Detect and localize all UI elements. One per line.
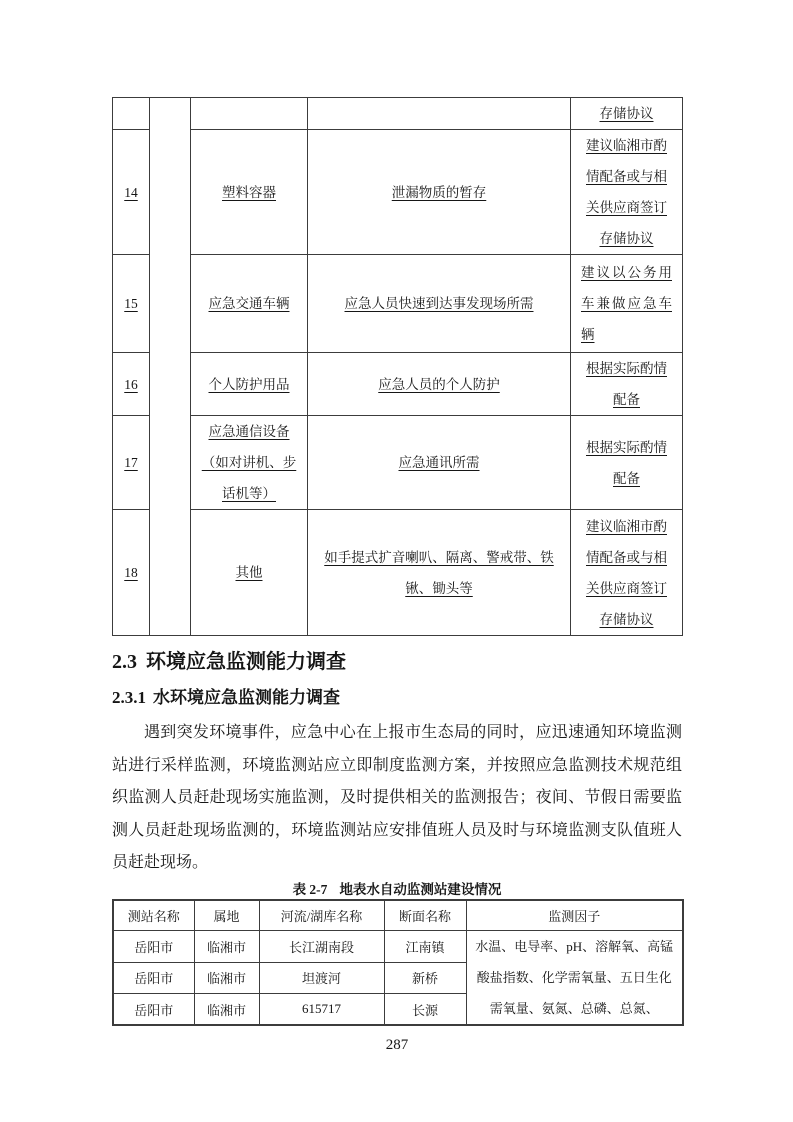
equipment-no-cell: 18 bbox=[113, 510, 150, 636]
station-header-cell: 河流/湖库名称 bbox=[259, 900, 384, 931]
equipment-table: 存储协议 14 塑料容器 泄漏物质的暂存 建议临湘市酌情配备或与相关供应商签订存… bbox=[112, 97, 683, 636]
equipment-row-continued: 存储协议 bbox=[113, 98, 683, 130]
station-table: 测站名称 属地 河流/湖库名称 断面名称 监测因子 岳阳市 临湘市 长江湖南段 … bbox=[112, 899, 684, 1027]
equipment-purpose-cell: 应急人员快速到达事发现场所需 bbox=[308, 255, 571, 353]
territory-cell: 临湘市 bbox=[194, 962, 259, 994]
equipment-no-text: 18 bbox=[124, 565, 138, 580]
equipment-note-text: 根据实际酌情配备 bbox=[586, 361, 667, 407]
page-number: 287 bbox=[112, 1036, 682, 1054]
territory-cell: 临湘市 bbox=[194, 994, 259, 1026]
equipment-no-cell bbox=[113, 98, 150, 130]
equipment-item-cell: 个人防护用品 bbox=[191, 353, 308, 416]
equipment-item-cell: 应急交通车辆 bbox=[191, 255, 308, 353]
equipment-note-cell: 建议临湘市酌情配备或与相关供应商签订存储协议 bbox=[571, 130, 683, 255]
table-caption-title: 地表水自动监测站建设情况 bbox=[339, 882, 501, 897]
equipment-note-text: 存储协议 bbox=[600, 106, 654, 121]
river-name-cell: 615717 bbox=[259, 994, 384, 1026]
equipment-purpose-text: 泄漏物质的暂存 bbox=[392, 185, 487, 200]
equipment-purpose-cell bbox=[308, 98, 571, 130]
equipment-purpose-text: 如手提式扩音喇叭、隔离、警戒带、铁锹、锄头等 bbox=[324, 550, 554, 596]
equipment-note-cell: 根据实际酌情配备 bbox=[571, 416, 683, 510]
equipment-note-text: 建议临湘市酌情配备或与相关供应商签订存储协议 bbox=[586, 138, 667, 246]
section-title: 环境应急监测能力调查 bbox=[146, 651, 346, 673]
equipment-row: 14 塑料容器 泄漏物质的暂存 建议临湘市酌情配备或与相关供应商签订存储协议 bbox=[113, 130, 683, 255]
equipment-purpose-text: 应急人员快速到达事发现场所需 bbox=[345, 296, 534, 311]
subsection-number: 2.3.1 bbox=[112, 688, 146, 707]
river-name-cell: 长江湖南段 bbox=[259, 931, 384, 963]
table-caption: 表 2-7地表水自动监测站建设情况 bbox=[112, 881, 682, 899]
section-name-cell: 新桥 bbox=[384, 962, 466, 994]
section-heading: 2.3环境应急监测能力调查 bbox=[112, 649, 682, 675]
equipment-note-cell: 根据实际酌情配备 bbox=[571, 353, 683, 416]
body-paragraph: 遇到突发环境事件，应急中心在上报市生态局的同时，应迅速通知环境监测站进行采样监测… bbox=[112, 717, 682, 880]
equipment-purpose-text: 应急人员的个人防护 bbox=[378, 377, 500, 392]
equipment-note-cell: 存储协议 bbox=[571, 98, 683, 130]
station-name-cell: 岳阳市 bbox=[113, 962, 194, 994]
subsection-title: 水环境应急监测能力调查 bbox=[153, 688, 340, 707]
equipment-row: 17 应急通信设备（如对讲机、步话机等） 应急通讯所需 根据实际酌情配备 bbox=[113, 416, 683, 510]
equipment-item-cell: 塑料容器 bbox=[191, 130, 308, 255]
equipment-note-cell: 建议以公务用车兼做应急车辆 bbox=[571, 255, 683, 353]
station-header-row: 测站名称 属地 河流/湖库名称 断面名称 监测因子 bbox=[113, 900, 683, 931]
river-name-cell: 坦渡河 bbox=[259, 962, 384, 994]
equipment-no-cell: 15 bbox=[113, 255, 150, 353]
station-header-cell: 断面名称 bbox=[384, 900, 466, 931]
equipment-item-text: 个人防护用品 bbox=[209, 377, 290, 392]
equipment-note-text: 建议临湘市酌情配备或与相关供应商签订存储协议 bbox=[586, 519, 667, 627]
equipment-no-cell: 14 bbox=[113, 130, 150, 255]
equipment-purpose-text: 应急通讯所需 bbox=[399, 455, 480, 470]
equipment-no-text: 17 bbox=[124, 455, 138, 470]
monitor-factors-cell: 水温、电导率、pH、溶解氧、高锰酸盐指数、化学需氧量、五日生化需氧量、氨氮、总磷… bbox=[466, 931, 683, 1026]
equipment-category-cell bbox=[150, 98, 191, 636]
equipment-item-cell: 应急通信设备（如对讲机、步话机等） bbox=[191, 416, 308, 510]
equipment-item-text: 应急交通车辆 bbox=[209, 296, 290, 311]
station-header-cell: 监测因子 bbox=[466, 900, 683, 931]
equipment-item-cell: 其他 bbox=[191, 510, 308, 636]
equipment-no-cell: 16 bbox=[113, 353, 150, 416]
equipment-item-cell bbox=[191, 98, 308, 130]
equipment-no-text: 15 bbox=[124, 296, 138, 311]
equipment-row: 15 应急交通车辆 应急人员快速到达事发现场所需 建议以公务用车兼做应急车辆 bbox=[113, 255, 683, 353]
equipment-item-text: 应急通信设备（如对讲机、步话机等） bbox=[202, 424, 297, 501]
equipment-note-text: 根据实际酌情配备 bbox=[586, 440, 667, 486]
station-name-cell: 岳阳市 bbox=[113, 994, 194, 1026]
station-row: 岳阳市 临湘市 长江湖南段 江南镇 水温、电导率、pH、溶解氧、高锰酸盐指数、化… bbox=[113, 931, 683, 963]
subsection-heading: 2.3.1水环境应急监测能力调查 bbox=[112, 686, 682, 710]
equipment-purpose-cell: 应急人员的个人防护 bbox=[308, 353, 571, 416]
section-name-cell: 长源 bbox=[384, 994, 466, 1026]
equipment-note-cell: 建议临湘市酌情配备或与相关供应商签订存储协议 bbox=[571, 510, 683, 636]
territory-cell: 临湘市 bbox=[194, 931, 259, 963]
equipment-purpose-cell: 应急通讯所需 bbox=[308, 416, 571, 510]
equipment-no-text: 14 bbox=[124, 185, 138, 200]
equipment-purpose-cell: 如手提式扩音喇叭、隔离、警戒带、铁锹、锄头等 bbox=[308, 510, 571, 636]
equipment-purpose-cell: 泄漏物质的暂存 bbox=[308, 130, 571, 255]
table-caption-label: 表 2-7 bbox=[293, 882, 328, 897]
equipment-row: 16 个人防护用品 应急人员的个人防护 根据实际酌情配备 bbox=[113, 353, 683, 416]
equipment-item-text: 其他 bbox=[236, 565, 263, 580]
section-name-cell: 江南镇 bbox=[384, 931, 466, 963]
station-header-cell: 属地 bbox=[194, 900, 259, 931]
equipment-no-text: 16 bbox=[124, 377, 138, 392]
equipment-item-text: 塑料容器 bbox=[222, 185, 276, 200]
station-header-cell: 测站名称 bbox=[113, 900, 194, 931]
equipment-row: 18 其他 如手提式扩音喇叭、隔离、警戒带、铁锹、锄头等 建议临湘市酌情配备或与… bbox=[113, 510, 683, 636]
section-number: 2.3 bbox=[112, 651, 137, 673]
document-page: 存储协议 14 塑料容器 泄漏物质的暂存 建议临湘市酌情配备或与相关供应商签订存… bbox=[0, 0, 793, 1122]
station-name-cell: 岳阳市 bbox=[113, 931, 194, 963]
equipment-note-text: 建议以公务用车兼做应急车辆 bbox=[581, 265, 672, 342]
equipment-no-cell: 17 bbox=[113, 416, 150, 510]
